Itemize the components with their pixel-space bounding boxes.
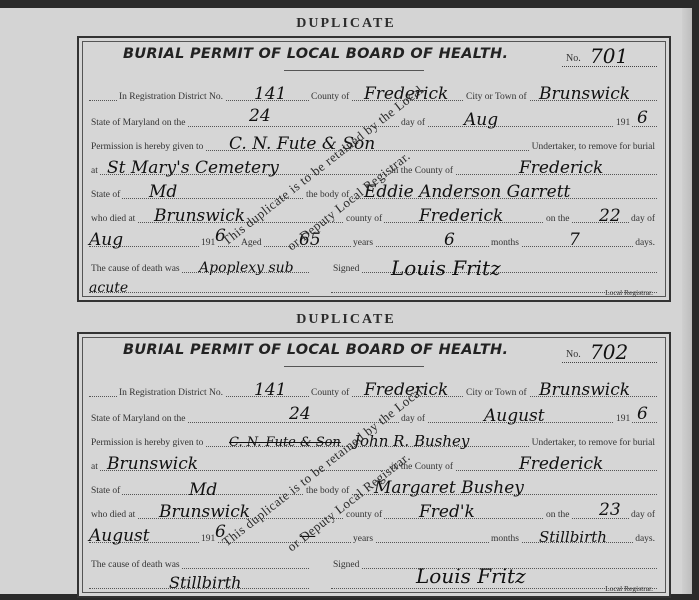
form-title: BURIAL PERMIT OF LOCAL BOARD OF HEALTH. (123, 46, 508, 62)
cause-of-death-2: acute (89, 280, 128, 296)
age-days: 7 (569, 230, 580, 250)
age-row-2: August 191 6 — years months Stillbirth d… (89, 530, 657, 544)
permit-number: 701 (590, 44, 628, 68)
burial-county: Frederick (519, 158, 603, 178)
permission-row: Permission is hereby given to C. N. Fute… (89, 138, 657, 152)
cause-of-death: Apoplexy sub (199, 260, 294, 276)
signed-row: Signed Louis Fritz (331, 260, 657, 274)
burial-county-2: Frederick (519, 454, 603, 474)
deceased-name: Eddie Anderson Garrett (364, 182, 570, 202)
death-day: 22 (599, 206, 621, 226)
cause-row-3: The cause of death was (89, 556, 309, 570)
age-row: Aug 191 6 Aged 65 years 6 months 7 days. (89, 234, 657, 248)
death-day-2: 23 (599, 500, 621, 520)
burial-permit-card: BURIAL PERMIT OF LOCAL BOARD OF HEALTH. … (77, 36, 671, 302)
death-place-row: who died at Brunswick county of Frederic… (89, 210, 657, 224)
death-month-2: August (89, 526, 150, 546)
district-row-2: In Registration District No. 141 County … (89, 384, 657, 398)
local-registrar-label-2: Local Registrar. (605, 584, 653, 593)
death-place-2: Brunswick (159, 502, 250, 522)
signed-row-3: Signed Louis Fritz (331, 556, 657, 570)
death-place-row-2: who died at Brunswick county of Fred'k o… (89, 506, 657, 520)
death-place: Brunswick (154, 206, 245, 226)
issue-month-2: August (484, 406, 545, 426)
district-number-2: 141 (254, 380, 286, 400)
state-2: Md (189, 480, 217, 500)
issue-year: 6 (637, 108, 648, 128)
issue-day: 24 (249, 106, 271, 126)
duplicate-heading: DUPLICATE (0, 16, 692, 32)
form-title-2: BURIAL PERMIT OF LOCAL BOARD OF HEALTH. (123, 342, 508, 358)
cause-row: The cause of death was Apoplexy sub (89, 260, 309, 274)
permit-number-field: No. 701 (562, 46, 657, 67)
age-months-2: Stillbirth (539, 528, 607, 546)
duplicate-heading-2: DUPLICATE (0, 312, 692, 328)
registrar-signature: Louis Fritz (391, 256, 501, 280)
burial-permit-card-2: BURIAL PERMIT OF LOCAL BOARD OF HEALTH. … (77, 332, 671, 598)
district-row: In Registration District No. 141 County … (89, 88, 657, 102)
cause-row-4: Stillbirth (89, 576, 309, 590)
local-registrar-label: Local Registrar. (605, 288, 653, 297)
cause-row-2: acute (89, 280, 309, 294)
permit-number-field-2: No. 702 (562, 342, 657, 363)
issue-day-2: 24 (289, 404, 311, 424)
death-county: Frederick (419, 206, 503, 226)
deceased-name-2: Margaret Bushey (374, 478, 524, 498)
undertaker-struck: C. N. Fute & Son (229, 435, 341, 450)
permit-number-2: 702 (590, 340, 628, 364)
district-number: 141 (254, 84, 286, 104)
burial-place-row-2: at Brunswick in the County of Frederick (89, 458, 657, 472)
document-page: DUPLICATE BURIAL PERMIT OF LOCAL BOARD O… (0, 8, 692, 594)
town: Brunswick (539, 84, 630, 104)
death-month: Aug (89, 230, 123, 250)
age-months: 6 (444, 230, 455, 250)
state: Md (149, 182, 177, 202)
burial-place-2: Brunswick (107, 454, 198, 474)
issue-month: Aug (464, 110, 498, 130)
town-2: Brunswick (539, 380, 630, 400)
cause-of-death-3: Stillbirth (169, 573, 241, 592)
burial-place: St Mary's Cemetery (107, 158, 279, 178)
death-county-2: Fred'k (419, 502, 475, 522)
issue-year-2: 6 (637, 404, 648, 424)
